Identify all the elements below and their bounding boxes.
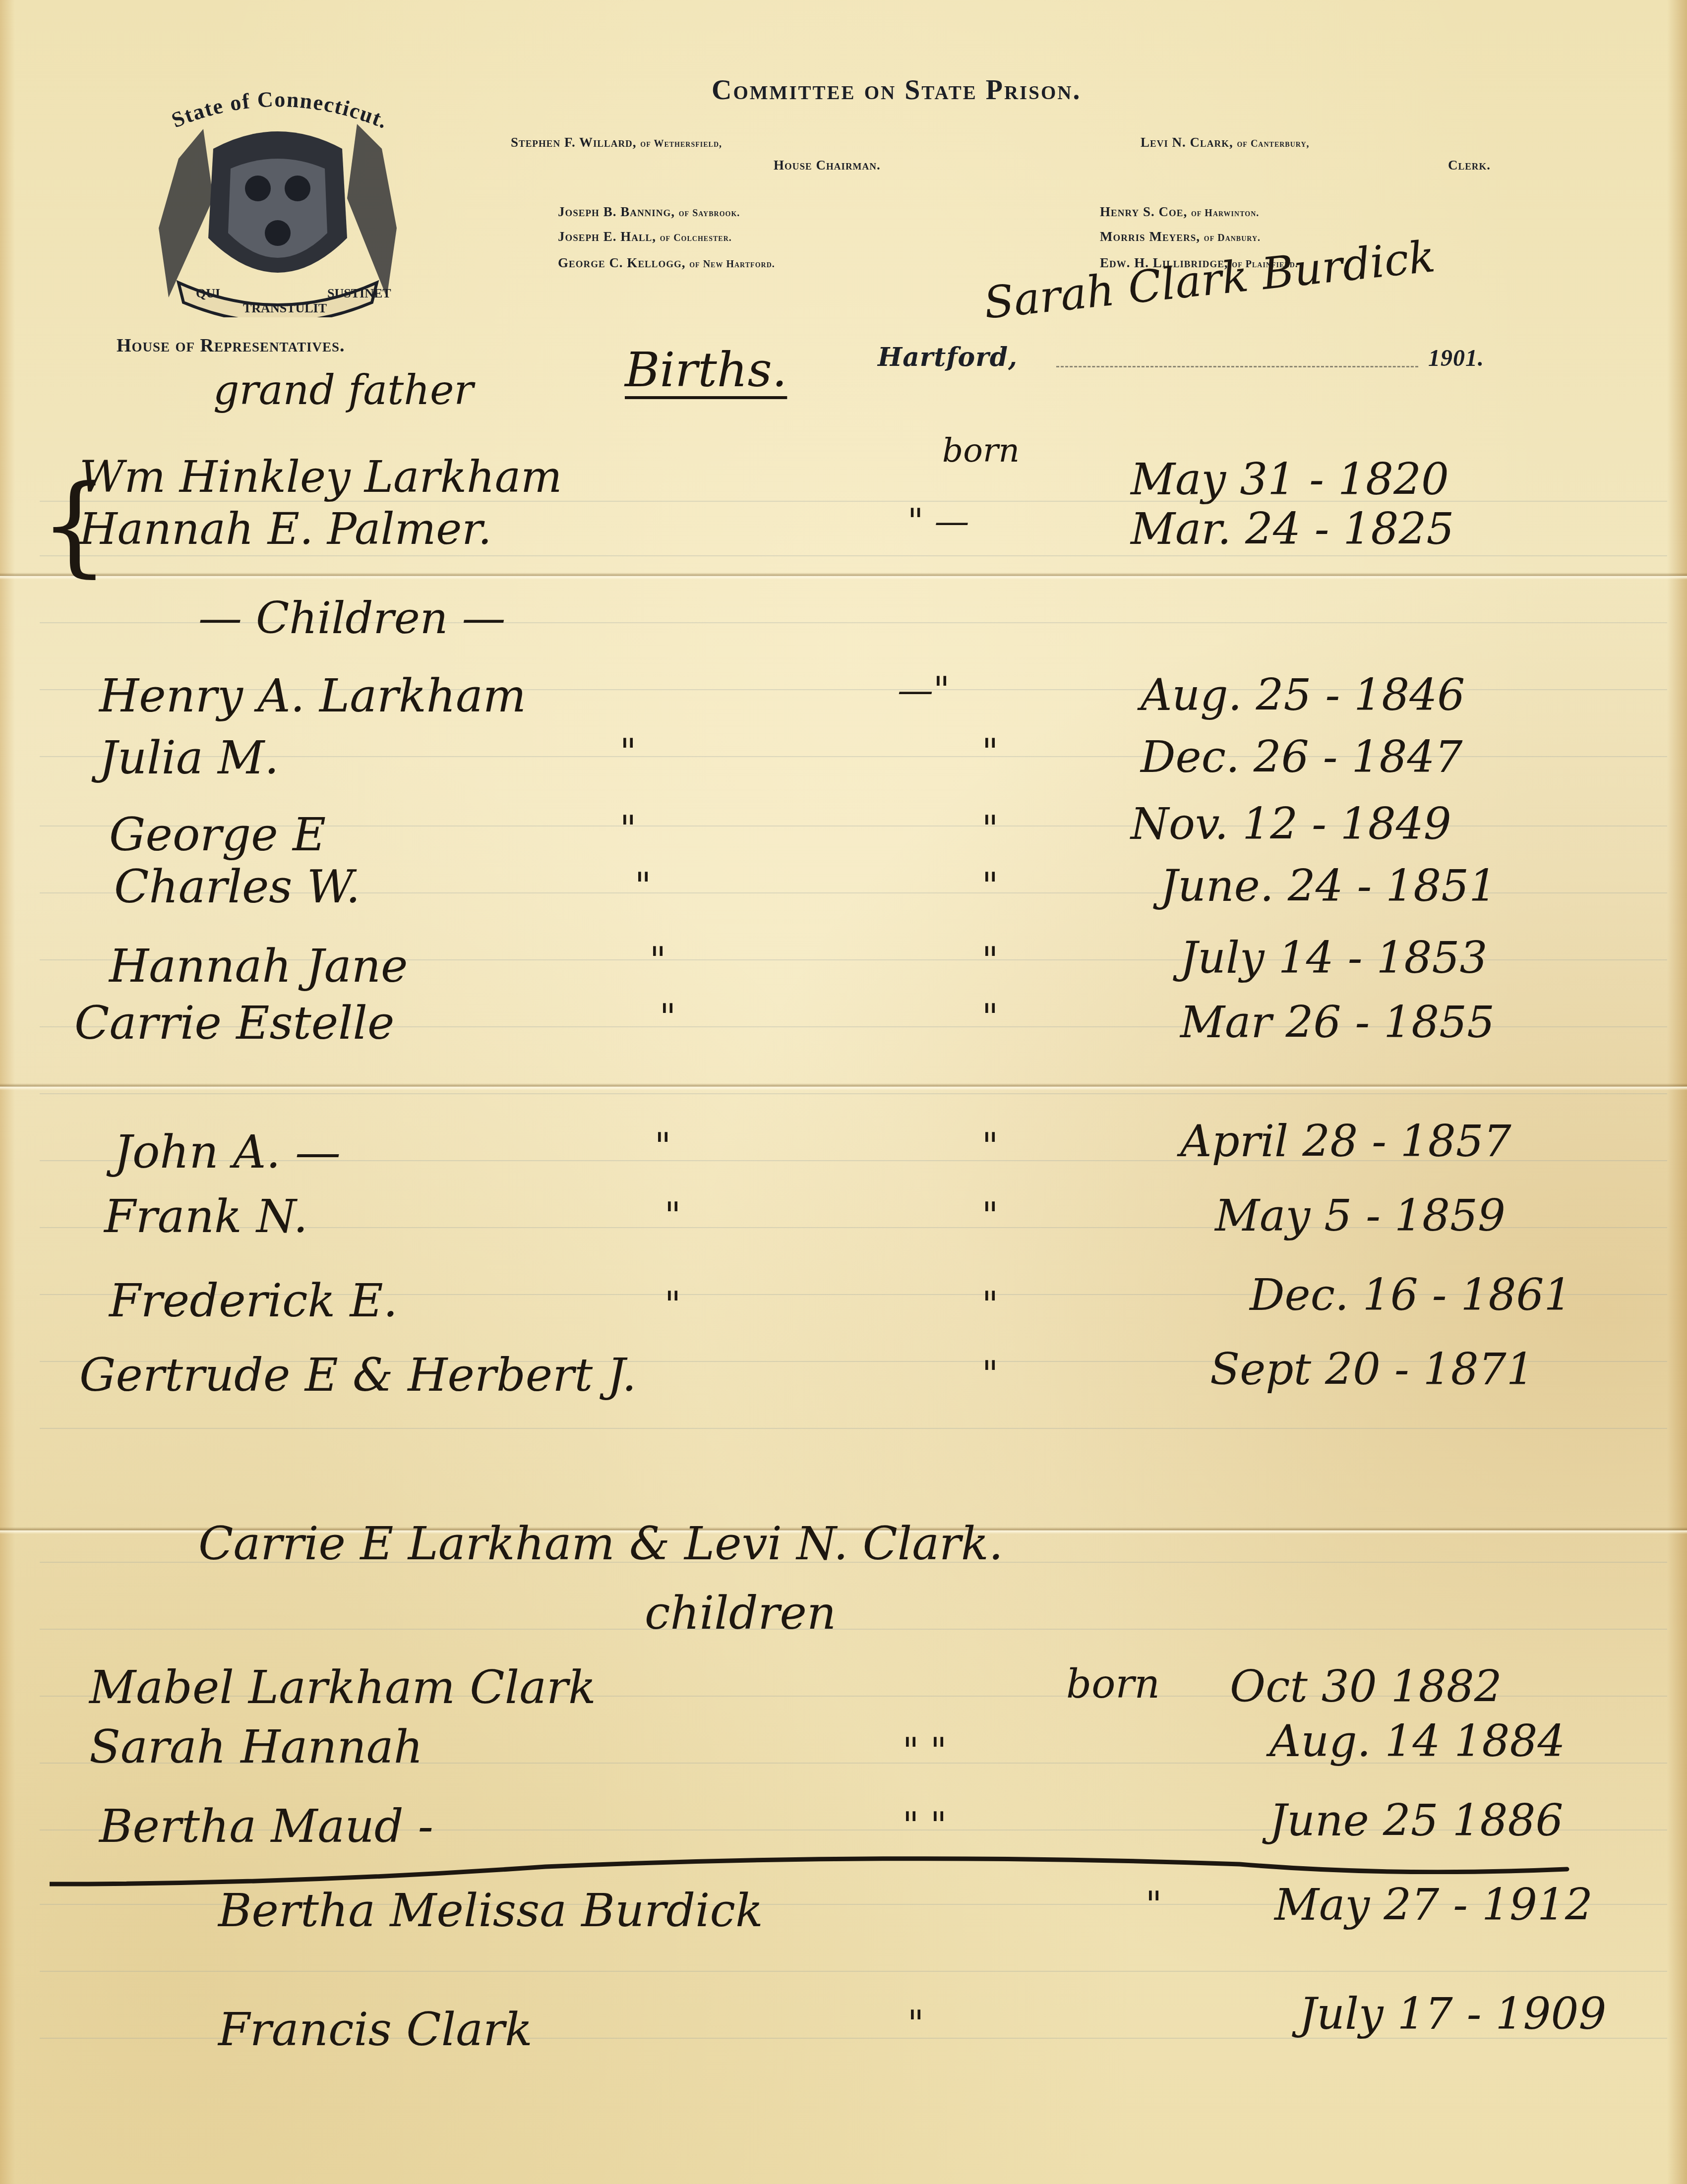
person-name: George E <box>109 808 326 861</box>
ditto-marker: " <box>620 731 636 773</box>
second-children-heading: children <box>645 1587 836 1640</box>
person-name: Bertha Melissa Burdick <box>218 1884 763 1937</box>
member: Morris Meyers, of Danbury. <box>1100 229 1261 244</box>
ruled-line <box>40 555 1667 556</box>
dateline-year: 1901. <box>1428 345 1484 372</box>
dateline-place: Hartford, <box>878 342 1018 372</box>
ditto-marker: " <box>982 940 998 981</box>
ditto-marker: " " <box>903 1730 947 1772</box>
ruled-line <box>40 1971 1667 1972</box>
birth-date: Oct 30 1882 <box>1230 1661 1502 1712</box>
paper-edge-right <box>1667 0 1687 2184</box>
person-name: Hannah Jane <box>109 940 408 993</box>
person-name: Hannah E. Palmer. <box>79 503 492 554</box>
ruled-line <box>40 1629 1667 1630</box>
ditto-marker: " <box>982 997 998 1038</box>
person-name: Charles W. <box>114 860 361 913</box>
person-name: Bertha Maud - <box>99 1800 433 1853</box>
svg-text:QUI: QUI <box>196 286 220 300</box>
birth-date: July 14 - 1853 <box>1180 932 1487 983</box>
chairman-town: of Wethersfield, <box>640 138 722 149</box>
birth-date: May 31 - 1820 <box>1131 454 1449 505</box>
member: Joseph E. Hall, of Colchester. <box>558 229 732 244</box>
member: Joseph B. Banning, of Saybrook. <box>558 204 740 220</box>
birth-date: Aug. 14 1884 <box>1269 1715 1565 1767</box>
member: Henry S. Coe, of Harwinton. <box>1100 204 1259 220</box>
person-name: Gertrude E & Herbert J. <box>79 1349 636 1402</box>
ditto-marker: " — <box>907 501 969 541</box>
committee-title: Committee on State Prison. <box>712 74 1081 106</box>
birth-date: May 27 - 1912 <box>1274 1879 1593 1930</box>
person-name: Henry A. Larkham <box>99 669 526 722</box>
ditto-marker: " <box>982 1354 998 1395</box>
ditto-marker: " " <box>903 1805 947 1846</box>
chairman-role: House Chairman. <box>774 158 881 173</box>
clerk-name: Levi N. Clark, <box>1141 135 1233 150</box>
ditto-marker: " <box>982 731 998 773</box>
birth-date: May 5 - 1859 <box>1215 1190 1506 1241</box>
chairman-name: Stephen F. Willard, <box>511 135 637 150</box>
birth-date: Nov. 12 - 1849 <box>1131 798 1451 849</box>
ditto-marker: " <box>635 865 651 907</box>
person-name: Wm Hinkley Larkham <box>79 451 562 502</box>
birth-date: Sept 20 - 1871 <box>1210 1344 1534 1395</box>
ditto-marker: " <box>982 1125 998 1167</box>
birth-date: Mar 26 - 1855 <box>1180 997 1495 1048</box>
birth-date: July 17 - 1909 <box>1299 1988 1606 2039</box>
ditto-marker: " <box>650 940 666 981</box>
member: George C. Kellogg, of New Hartford. <box>558 255 775 271</box>
birth-date: April 28 - 1857 <box>1180 1116 1511 1167</box>
person-name: John A. — <box>114 1125 341 1179</box>
ditto-marker: " <box>1145 1884 1162 1926</box>
ditto-marker: " <box>982 1284 998 1326</box>
ditto-marker: " <box>982 808 998 850</box>
person-name: Julia M. <box>99 731 279 784</box>
birth-date: June. 24 - 1851 <box>1160 860 1497 911</box>
births-title: Births. <box>625 342 787 398</box>
person-name: Carrie Estelle <box>74 997 394 1050</box>
person-name: Frank N. <box>104 1190 308 1243</box>
ditto-marker: —" <box>898 669 950 711</box>
paper-edge-left <box>0 0 15 2184</box>
second-family-heading: Carrie E Larkham & Levi N. Clark. <box>198 1517 1003 1570</box>
person-name: Frederick E. <box>109 1274 398 1327</box>
birth-date: Aug. 25 - 1846 <box>1141 669 1465 720</box>
ditto-marker: " <box>655 1125 671 1167</box>
children-heading: — Children — <box>198 592 505 644</box>
clerk-town: of Canterbury, <box>1237 138 1309 149</box>
born-marker: born <box>942 431 1020 470</box>
paper-fold-crease <box>0 1083 1687 1090</box>
ditto-marker: " <box>907 2003 924 2045</box>
ruled-line <box>40 1093 1667 1094</box>
person-name: Mabel Larkham Clark <box>89 1661 596 1714</box>
birth-date: Dec. 16 - 1861 <box>1250 1269 1571 1320</box>
clerk-role: Clerk. <box>1448 158 1491 173</box>
birth-date: Mar. 24 - 1825 <box>1131 503 1454 554</box>
dateline-blank <box>1056 366 1418 367</box>
paper-fold-crease <box>0 573 1687 580</box>
ditto-marker: " <box>982 1195 998 1237</box>
birth-date: June 25 1886 <box>1269 1795 1564 1846</box>
svg-text:TRANSTULIT: TRANSTULIT <box>243 301 327 315</box>
born-marker: born <box>1066 1661 1160 1707</box>
ditto-marker: " <box>660 997 676 1038</box>
ruled-line <box>40 1428 1667 1429</box>
ditto-marker: " <box>664 1195 681 1237</box>
birth-date: Dec. 26 - 1847 <box>1141 731 1462 782</box>
person-name: Francis Clark <box>218 2003 533 2056</box>
svg-text:SUSTINET: SUSTINET <box>327 286 391 300</box>
ditto-marker: " <box>982 865 998 907</box>
person-name: Sarah Hannah <box>89 1720 423 1773</box>
house-of-representatives-label: House of Representatives. <box>117 335 345 356</box>
grandfather-label: grand father <box>213 367 474 414</box>
ditto-marker: " <box>620 808 636 850</box>
connecticut-state-seal-icon: QUI TRANSTULIT SUSTINET <box>149 119 407 317</box>
ditto-marker: " <box>664 1284 681 1326</box>
